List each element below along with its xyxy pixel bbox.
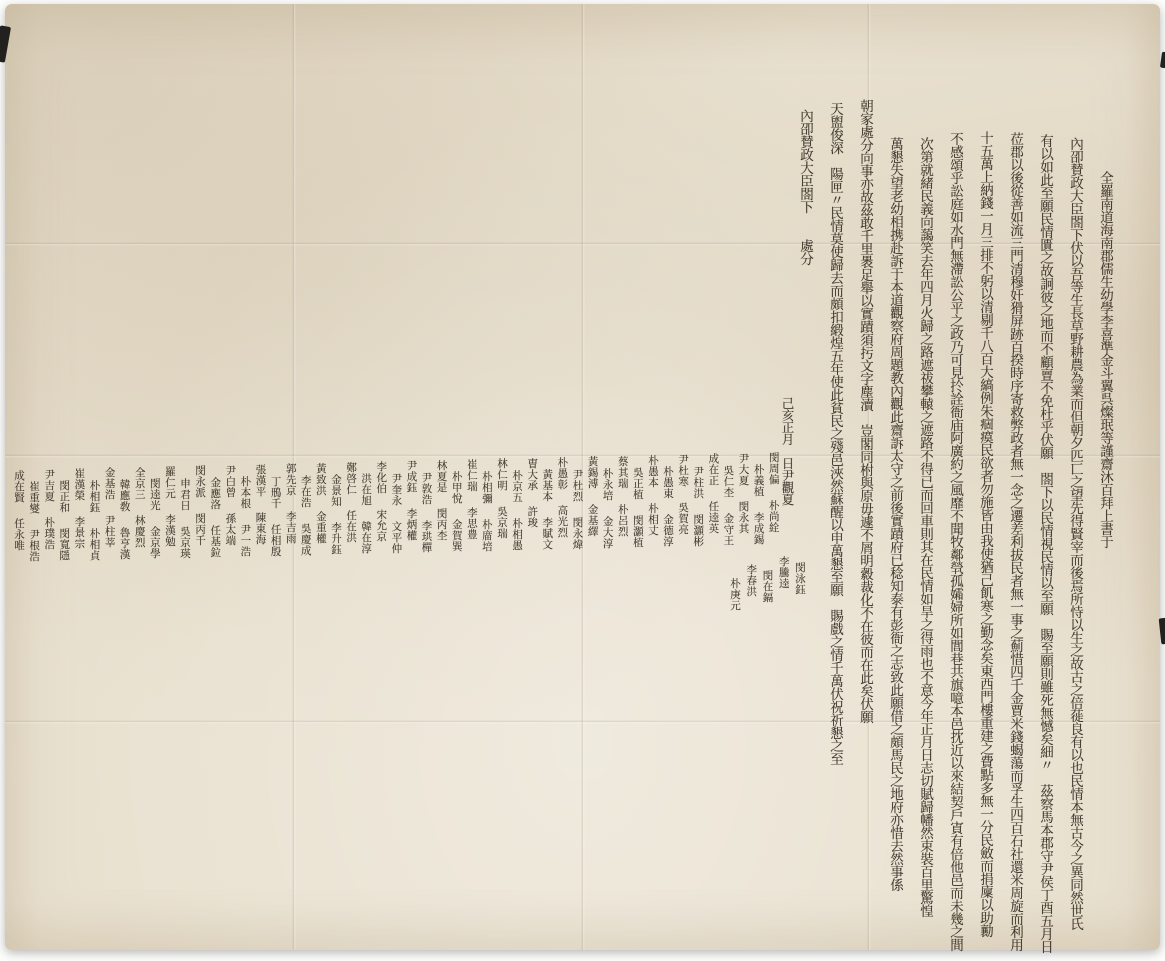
- signature-name: 朴愚彰: [554, 457, 569, 490]
- petition-main-text: 全羅南道海南郡儒生幼學李喜準金斗翼呉燦珉等謹齋沐百拜上書于內卲賛政大臣閤下伏以吾…: [790, 99, 1120, 953]
- signature-column: 朴義植李成錫: [751, 464, 766, 562]
- signature-name: 吳仁杢: [720, 465, 735, 498]
- signature-name: 許㻐: [524, 506, 539, 528]
- text-column: 全羅南道海南郡儒生幼學李喜準金斗翼呉燦珉等謹齋沐百拜上書于: [1090, 171, 1120, 953]
- signature-name: 林慶烈: [132, 515, 147, 548]
- signature-name: 朴相愚: [509, 518, 524, 551]
- signature-column: 朴永培金大淳: [600, 468, 615, 562]
- signature-column: 李騰逵: [776, 556, 791, 611]
- signature-column: 閔逵光金京學: [147, 478, 162, 562]
- signature-column: 朴愚東金德淳: [660, 466, 675, 562]
- signature-column: 金景知李升鈺: [328, 474, 343, 562]
- paper-tear-mark: [1160, 52, 1165, 69]
- text-column: 內卲賛政大臣閤下伏以吾等生長草野耕農為業而但朝夕匹匸之望先得賢宰而後焉所恃以生之…: [1060, 137, 1090, 953]
- text-column: 十五萬上納錢一月三排不躬以清剔千八百大縞例朱痼瘼民欲者勿施皆由我使猶己飢寒之勤念…: [970, 131, 1000, 953]
- signature-column: 黃基本李賦文: [539, 469, 554, 562]
- signature-name: 閔永派: [192, 465, 207, 498]
- signature-name: 李珙樿: [419, 520, 434, 553]
- signature-column: 尹成鈺李炳權: [403, 460, 418, 562]
- signature-name: 李賦文: [539, 517, 554, 550]
- signature-name: 閔永其: [736, 501, 751, 534]
- signature-name: 閔寬隱: [56, 528, 71, 561]
- signature-name: 朴永培: [600, 468, 615, 501]
- signature-column: 朴愚本朴相丈: [645, 455, 660, 562]
- signature-name: 吳正植: [630, 467, 645, 500]
- signature-name: 崔重燮: [26, 481, 41, 514]
- signature-name: 洪在旭: [358, 473, 373, 506]
- signature-name: 李騰逵: [776, 556, 791, 589]
- text-column: 不感頌乎訟庭如水門無滯訟公平之政乃可見扵詮衙庙阿廣約之風靡不聞牧鄰煢孤孀婦所如閭…: [940, 132, 970, 953]
- signature-name: 李漢勉: [162, 514, 177, 547]
- signature-name: 閔泳鈺: [792, 562, 807, 595]
- signature-name: 閔丙杢: [434, 508, 449, 541]
- text-column: 朝家處分向事亦故茲敢千里褁足舉以實蹟須扝文字塵瀆 豈閣同柎與原毋遽不屑明縠裁化不…: [850, 99, 880, 953]
- signature-column: 成在賢任永唯: [11, 470, 26, 563]
- signature-name: 吳京瑛: [177, 526, 192, 559]
- signature-name: 尹柱洪: [690, 466, 705, 499]
- signature-column: 林仁明吳京瑞: [494, 458, 509, 562]
- signature-name: 任相殷: [268, 524, 283, 557]
- signature-name: 金京學: [147, 526, 162, 559]
- signature-name: 林仁明: [494, 458, 509, 491]
- signature-name: 陳東海: [253, 512, 268, 545]
- signature-name: 吳慶成: [298, 523, 313, 556]
- signature-column: 韓應敎魯亨漢: [117, 479, 132, 562]
- signature-name: 金基浩: [102, 467, 117, 500]
- signature-list: 閔周偏朴尚絟朴義植李成錫尹大夏閔永其吳仁杢金守王成在正任逵英尹柱洪閔灝彬尹杜寒吳…: [11, 452, 781, 562]
- signature-name: 任永唯: [11, 518, 26, 551]
- signature-column: 朴京五朴相愚: [509, 470, 524, 562]
- signature-column: 丁鳽千任相殷: [268, 476, 283, 563]
- date-and-first-signer-column: 己亥正月 日尹觀夏: [779, 397, 796, 505]
- signature-name: 朴庚元: [727, 578, 742, 611]
- signature-column: 李春洪: [743, 564, 758, 611]
- signature-name: 吳京瑞: [494, 506, 509, 539]
- signature-name: 金德淳: [660, 514, 675, 547]
- signature-column: 申君日吳京瑛: [177, 478, 192, 563]
- signature-name: 崔漢榮: [71, 468, 86, 501]
- signature-name: 金大淳: [600, 516, 615, 549]
- signature-name: 朴相貞: [86, 528, 101, 561]
- signature-column: 朴愚彰高光烈: [554, 457, 569, 562]
- signature-column: 崔重燮尹根浩: [26, 481, 41, 562]
- signature-column: 尹白曾孫太端: [222, 465, 237, 563]
- signature-name: 李春洪: [743, 564, 758, 597]
- signature-column: 尹柱洪閔灝彬: [690, 466, 705, 562]
- signature-column: 尹大夏閔永其: [736, 453, 751, 562]
- signature-column: 尹吉夏朴璞浩: [41, 469, 56, 562]
- signature-column: 尹奎永文平仲: [388, 473, 403, 562]
- signature-name: 李化伯: [373, 461, 388, 494]
- signature-name: 金景知: [328, 474, 343, 507]
- signature-name: 閔丙千: [192, 513, 207, 546]
- signature-name: 朴相丈: [645, 503, 660, 536]
- signature-name: 朴義植: [751, 464, 766, 497]
- signature-column: 朴本根尹一浩: [237, 476, 252, 562]
- signature-name: 尹大夏: [736, 453, 751, 486]
- signature-name: 閔周偏: [766, 452, 781, 485]
- signature-name: 朴璞浩: [41, 517, 56, 550]
- signature-column: 朴相鈺朴相貞: [86, 480, 101, 562]
- signature-name: 尹一浩: [237, 524, 252, 557]
- signature-name: 李吉雨: [283, 511, 298, 544]
- signature-column: 尹杜烈閔永煒: [569, 469, 584, 563]
- signature-name: 朴愚本: [645, 455, 660, 488]
- signature-name: 張漢平: [253, 464, 268, 497]
- signature-column: 朴庚元: [727, 578, 742, 611]
- signature-name: 魯亨漢: [117, 527, 132, 560]
- signature-name: 文平仲: [388, 521, 403, 554]
- signature-name: 郭先京: [283, 463, 298, 496]
- signature-column: 閔泳鈺: [792, 562, 807, 611]
- signature-name: 尹奎永: [388, 473, 403, 506]
- signature-column: 全京三林慶烈: [132, 467, 147, 562]
- signature-name: 李景宗: [71, 516, 86, 549]
- signature-name: 朴相鈺: [86, 480, 101, 513]
- signature-name: 金重權: [313, 511, 328, 544]
- signature-column: 黃致洪金重權: [313, 463, 328, 563]
- signature-column: 朴甲悅金賀巽: [449, 471, 464, 562]
- signature-name: 尹杜寒: [675, 454, 690, 487]
- signature-column: 閔周偏朴尚絟: [766, 452, 781, 562]
- signature-name: 林夏是: [434, 460, 449, 493]
- signature-column: 郭先京李吉雨: [283, 463, 298, 562]
- signature-name: 朴愚東: [660, 466, 675, 499]
- signature-name: 李思豊: [464, 507, 479, 540]
- signature-name: 朴京五: [509, 470, 524, 503]
- text-column: 天盥俊深 陽匣〃民情莫使歸去而頗扣緞煌五年使此貧民之殘邑浹然蘇醒以申萬懇至願 賜…: [820, 102, 850, 953]
- signature-name: 李升鈺: [328, 522, 343, 555]
- signature-name: 朴庿培: [479, 519, 494, 552]
- signature-name: 朴相彌: [479, 471, 494, 504]
- signature-name: 李在浩: [298, 475, 313, 508]
- signature-extra-cluster: 閔泳鈺李騰逵閔在鎘李春洪朴庚元: [727, 556, 807, 611]
- signature-column: 李化伯宋允京: [373, 461, 388, 562]
- text-column: 萬懇失望老幼相携赴訴于本道觀察府周題教內觀此齋訴太守之前後實蹟府已稔知泰有彭衙之…: [880, 137, 910, 953]
- signature-name: 任逵英: [705, 501, 720, 534]
- signature-column: 金應洛任基鉝: [207, 477, 222, 562]
- signature-column: 洪在旭韓在淳: [358, 473, 373, 562]
- signature-name: 閔灝彬: [690, 514, 705, 547]
- signature-name: 閔在鎘: [760, 570, 775, 603]
- signature-name: 韓應敎: [117, 479, 132, 512]
- signature-name: 任基鉝: [207, 525, 222, 558]
- signature-name: 吳賀亮: [675, 502, 690, 535]
- signature-name: 朴尚絟: [766, 500, 781, 533]
- signature-name: 尹吉夏: [41, 469, 56, 502]
- signature-column: 閔永派閔丙千: [192, 465, 207, 562]
- signature-name: 尹柱莘: [102, 515, 117, 548]
- signature-column: 黃錫溥金基繹: [585, 456, 600, 562]
- signature-column: 尹杜寒吳賀亮: [675, 454, 690, 562]
- signature-name: 尹杜烈: [569, 469, 584, 502]
- signature-name: 高光烈: [554, 505, 569, 538]
- signature-name: 孫太端: [222, 513, 237, 546]
- signature-name: 羅仁元: [162, 466, 177, 499]
- signature-name: 李炳權: [403, 508, 418, 541]
- text-column: 有以如此至願民情匱之故詗彼之地而不顧亶不免杜乎伏願 閤下以民情視民情以至願 賜至…: [1030, 134, 1060, 953]
- signature-column: 吳仁杢金守王: [720, 465, 735, 562]
- signature-column: 吳正植閔灝植: [630, 467, 645, 562]
- signature-column: 崔漢榮李景宗: [71, 468, 86, 562]
- signature-name: 朴甲悅: [449, 471, 464, 504]
- signature-name: 成在賢: [11, 470, 26, 503]
- signature-name: 閔永煒: [569, 517, 584, 550]
- photo-background: 全羅南道海南郡儒生幼學李喜準金斗翼呉燦珉等謹齋沐百拜上書于內卲賛政大臣閤下伏以吾…: [0, 0, 1165, 961]
- signature-name: 朴本根: [237, 476, 252, 509]
- signature-name: 申君日: [177, 478, 192, 511]
- signature-name: 金守王: [720, 513, 735, 546]
- signature-column: 林夏是閔丙杢: [434, 460, 449, 562]
- signature-column: 尹敦浩李珙樿: [419, 472, 434, 562]
- signature-name: 丁鳽千: [268, 476, 283, 509]
- signature-name: 尹白曾: [222, 465, 237, 498]
- signature-name: 閔正和: [56, 480, 71, 513]
- text-column: 莅郡以後從善如流三門清穆奸猾屏跡百揆時序寄救弊政者無一念之遷差利拔民者無一事之薊…: [1000, 132, 1030, 953]
- signature-name: 韓在淳: [358, 521, 373, 554]
- signature-name: 崔仁瑞: [464, 459, 479, 492]
- text-column: 次第就緒民義向藹笑去年四月火歸之路遮祓攀轅之遮路不得已而回車則其在民情如旱之得雨…: [910, 137, 940, 953]
- signature-name: 黃錫溥: [585, 456, 600, 489]
- signature-name: 全京三: [132, 467, 147, 500]
- signature-name: 黃基本: [539, 469, 554, 502]
- signature-column: 蔡其瑞朴呂烈: [615, 456, 630, 563]
- signature-name: 金基繹: [585, 504, 600, 537]
- signature-column: 李在浩吳慶成: [298, 475, 313, 562]
- document-paper: 全羅南道海南郡儒生幼學李喜準金斗翼呉燦珉等謹齋沐百拜上書于內卲賛政大臣閤下伏以吾…: [5, 4, 1160, 950]
- signature-column: 閔正和閔寬隱: [56, 480, 71, 562]
- signature-name: 尹敦浩: [419, 472, 434, 505]
- signature-column: 成在正任逵英: [705, 453, 720, 562]
- signature-name: 鄭啓仁: [343, 462, 358, 495]
- signature-name: 閔逵光: [147, 478, 162, 511]
- signature-column: 曺大承許㻐: [524, 458, 539, 563]
- signature-name: 閔灝植: [630, 515, 645, 548]
- signature-name: 尹成鈺: [403, 460, 418, 493]
- signature-column: 崔仁瑞李思豊: [464, 459, 479, 562]
- signature-column: 鄭啓仁任在洪: [343, 462, 358, 562]
- signature-column: 金基浩尹柱莘: [102, 467, 117, 562]
- signature-column: 張漢平陳東海: [253, 464, 268, 562]
- signature-column: 羅仁元李漢勉: [162, 466, 177, 562]
- signature-column: 朴相彌朴庿培: [479, 471, 494, 563]
- signature-name: 曺大承: [524, 458, 539, 491]
- signature-name: 尹根浩: [26, 529, 41, 562]
- signature-name: 金應洛: [207, 477, 222, 510]
- signature-name: 金賀巽: [449, 519, 464, 552]
- signature-name: 朴呂烈: [615, 504, 630, 537]
- signature-name: 李成錫: [751, 512, 766, 545]
- text-column: 內卲賛政大臣閤下 處分: [790, 109, 820, 953]
- signature-name: 蔡其瑞: [615, 456, 630, 489]
- signature-name: 任在洪: [343, 510, 358, 543]
- signature-column: 閔在鎘: [760, 570, 775, 611]
- signature-name: 成在正: [705, 453, 720, 486]
- signature-name: 黃致洪: [313, 463, 328, 496]
- signature-name: 宋允京: [373, 509, 388, 542]
